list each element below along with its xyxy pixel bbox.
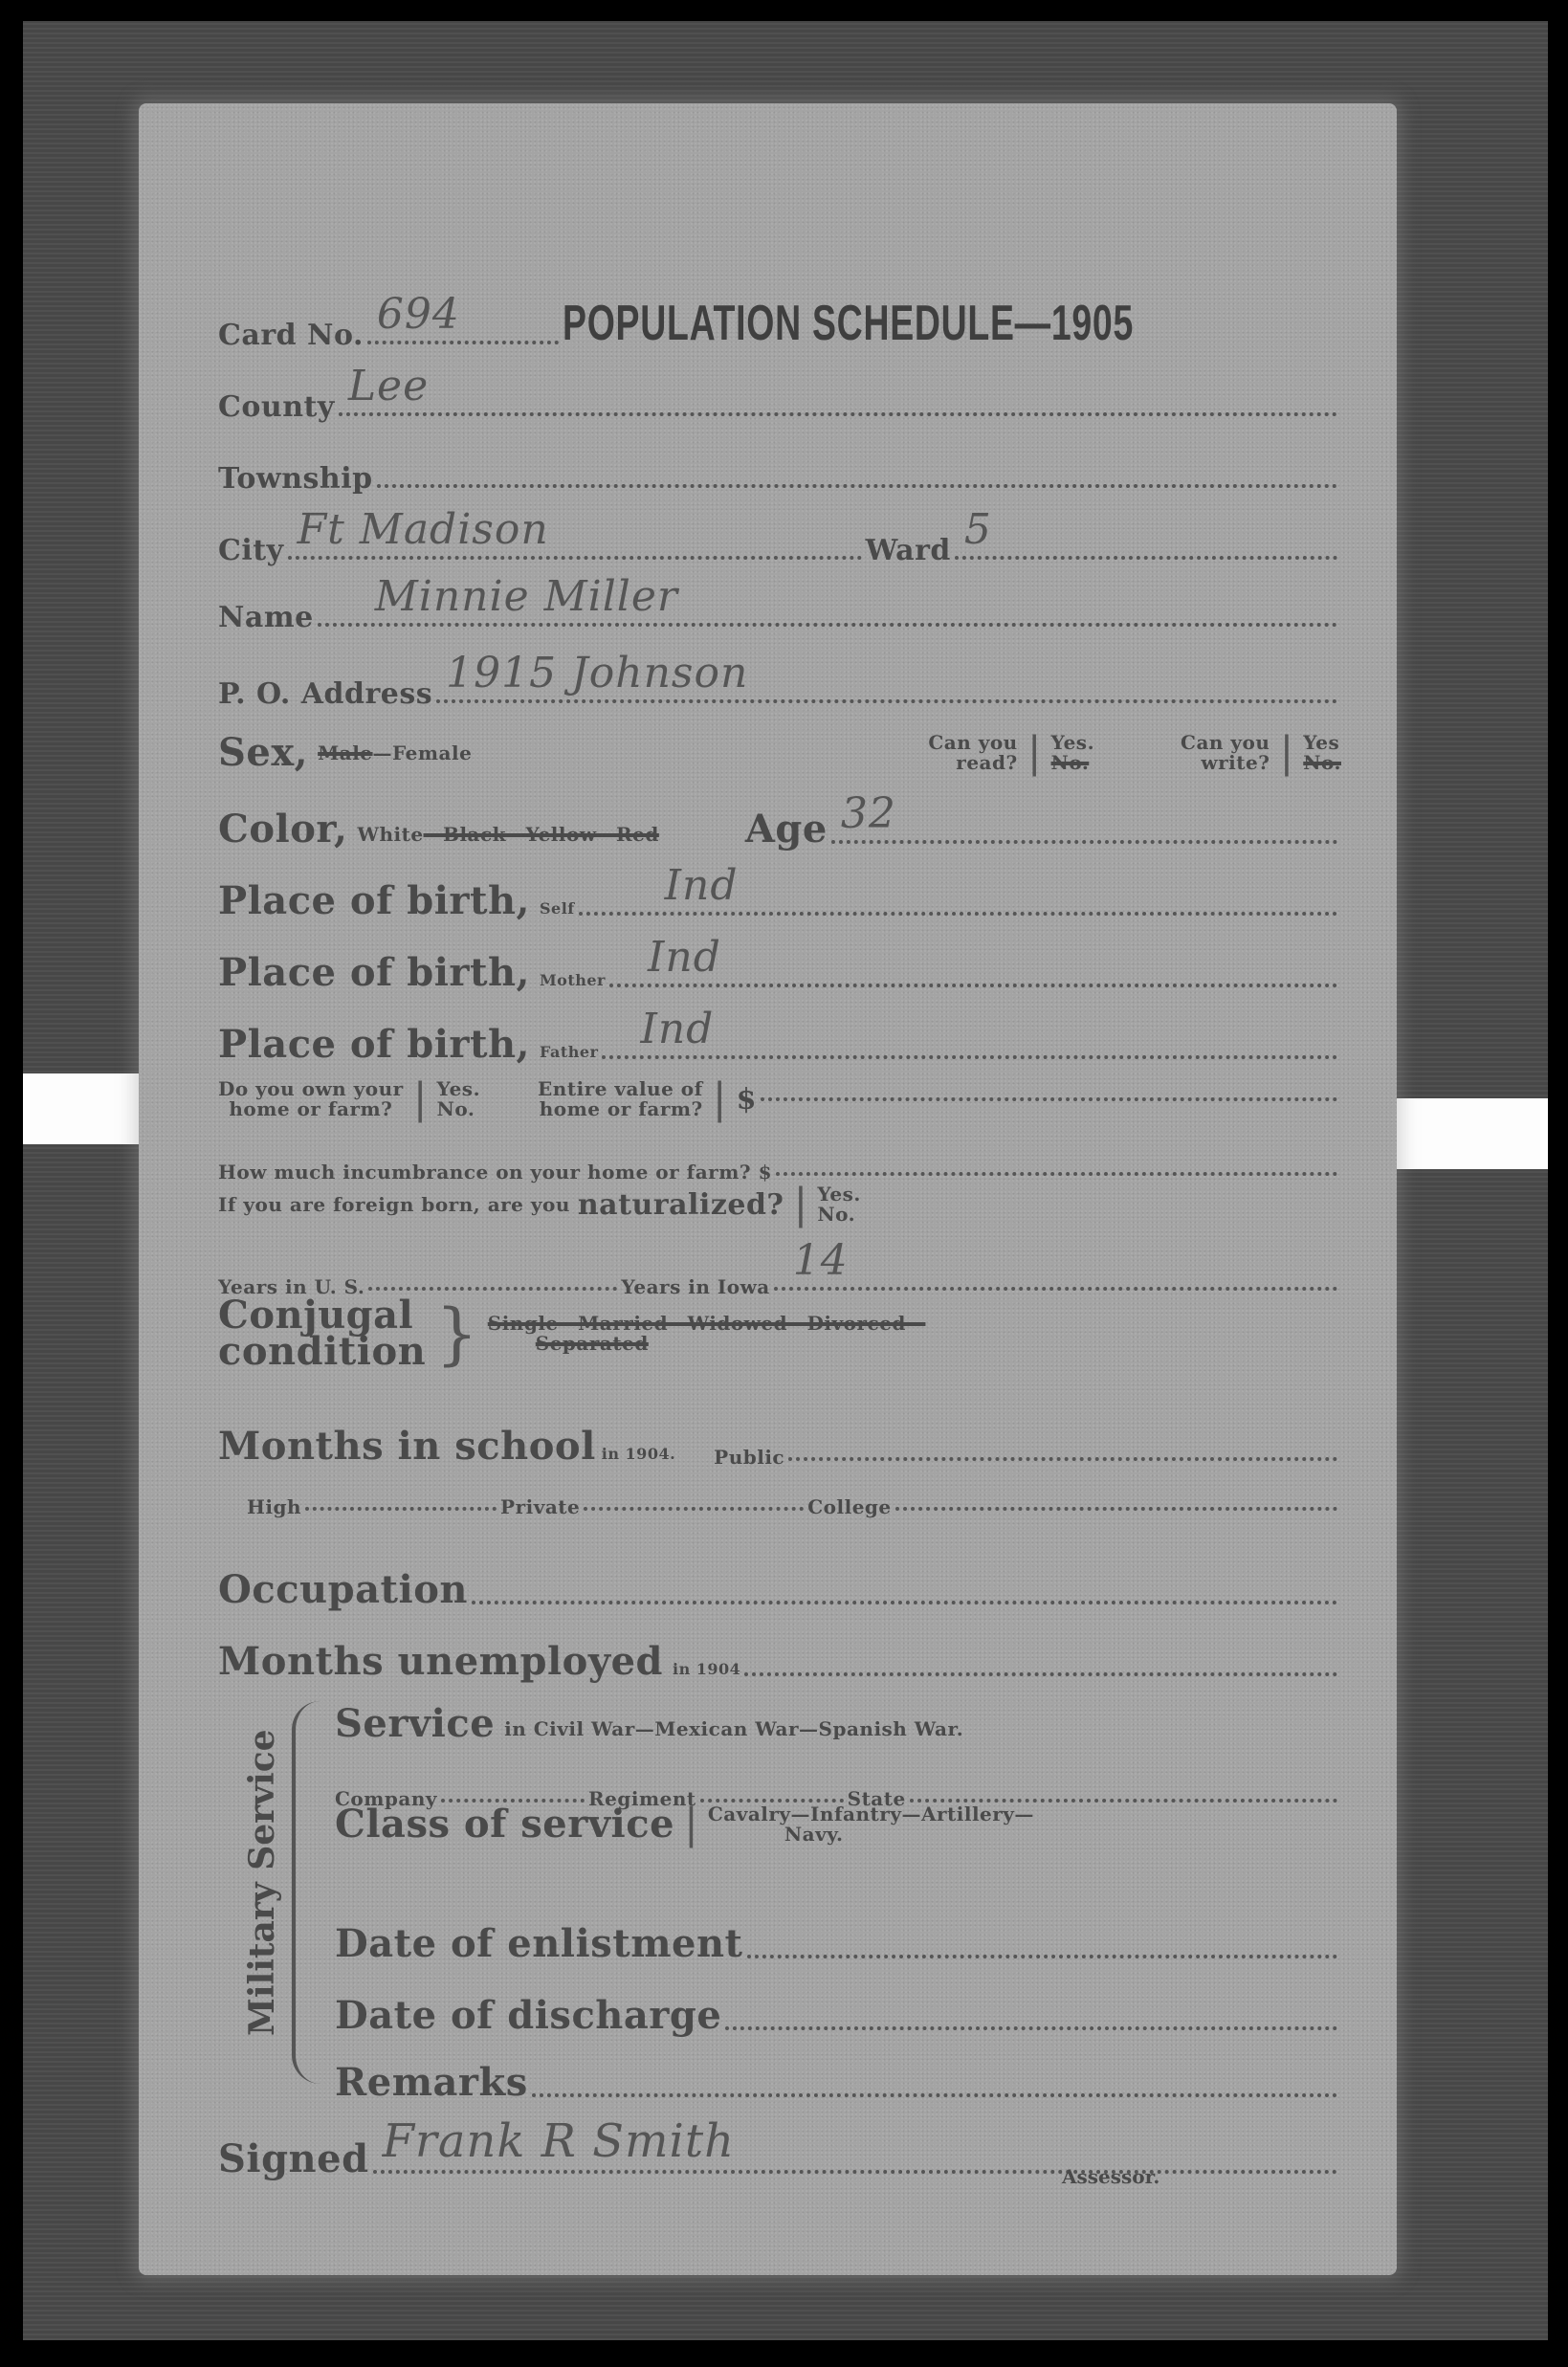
class-options-line1: Cavalry—Infantry—Artillery— <box>708 1804 1034 1825</box>
card-no-value: 694 <box>377 290 460 339</box>
discharge-field <box>725 2026 1337 2030</box>
discharge-row: Date of discharge <box>335 1993 1341 2038</box>
years-iowa-value: 14 <box>793 1236 849 1285</box>
write-no: No. <box>1303 753 1341 773</box>
sex-female-option: —Female <box>373 741 473 764</box>
school-label-small: in 1904. <box>602 1445 675 1463</box>
card-no-label: Card No. <box>218 319 364 352</box>
naturalized-row: If you are foreign born, are you natural… <box>218 1184 1341 1225</box>
service-wars: in Civil War—Mexican War—Spanish War. <box>504 1717 963 1740</box>
home-value-brace: | <box>713 1082 727 1116</box>
school-high-label: High <box>247 1495 301 1518</box>
write-question: Can you write? <box>1181 733 1270 773</box>
school-row: Months in school in 1904. Public <box>218 1424 1341 1469</box>
own-home-row: Do you own your home or farm? | Yes. No.… <box>218 1079 1341 1119</box>
assessor-label: Assessor. <box>1062 2165 1159 2188</box>
occupation-field <box>472 1601 1337 1604</box>
signature-value: Frank R Smith <box>383 2114 735 2168</box>
military-service-vertical-label: Military Service <box>242 1720 290 2046</box>
incumbrance-row: How much incumbrance on your home or far… <box>218 1161 1341 1183</box>
conjugal-label-bottom: condition <box>218 1334 426 1370</box>
naturalized-yes: Yes. <box>817 1184 861 1205</box>
city-label: City <box>218 534 284 567</box>
school-college-label: College <box>807 1495 891 1518</box>
school-levels-row: High Private College <box>247 1495 1341 1518</box>
home-value-field <box>761 1097 1337 1101</box>
census-card: Card No. 694 POPULATION SCHEDULE—1905 Co… <box>139 103 1397 2275</box>
po-address-value: 1915 Johnson <box>446 649 748 697</box>
birth-mother-field: Ind <box>609 984 1337 987</box>
signed-row: Signed Frank R Smith <box>218 2136 1341 2181</box>
military-service-brace <box>292 1701 324 2084</box>
birth-self-value: Ind <box>665 861 739 910</box>
ward-label: Ward <box>866 534 951 567</box>
conjugal-options-line2: Separated <box>536 1334 926 1354</box>
conjugal-brace: } <box>435 1307 478 1360</box>
city-value: Ft Madison <box>298 505 549 554</box>
occupation-label: Occupation <box>218 1567 468 1612</box>
color-label: Color, <box>218 807 347 852</box>
home-value-question: Entire value of home or farm? <box>538 1079 703 1119</box>
school-public-field <box>788 1457 1337 1461</box>
read-yes: Yes. <box>1051 733 1095 753</box>
sex-male-option: Male <box>318 741 372 764</box>
signed-field: Frank R Smith <box>373 2170 1337 2174</box>
read-brace: | <box>1027 736 1042 769</box>
naturalized-no: No. <box>817 1205 861 1225</box>
township-field <box>377 484 1337 488</box>
write-brace: | <box>1279 736 1293 769</box>
name-row: Name Minnie Miller <box>218 601 1341 634</box>
read-question: Can you read? <box>928 733 1017 773</box>
birth-mother-label: Place of birth, <box>218 950 530 995</box>
enlistment-row: Date of enlistment <box>335 1921 1341 1966</box>
years-iowa-label: Years in Iowa <box>621 1275 769 1298</box>
home-value-label-bottom: home or farm? <box>538 1099 703 1119</box>
po-address-label: P. O. Address <box>218 677 432 711</box>
school-private-label: Private <box>500 1495 580 1518</box>
color-age-row: Color, White —Black—Yellow—Red Age 32 <box>218 807 1341 852</box>
sex-read-write-row: Sex, Male —Female Can you read? | Yes. N… <box>218 730 1341 775</box>
unemployed-row: Months unemployed in 1904 <box>218 1639 1341 1684</box>
county-label: County <box>218 390 335 424</box>
own-home-label-top: Do you own your <box>218 1079 404 1099</box>
read-label-top: Can you <box>928 733 1017 753</box>
birth-mother-value: Ind <box>648 933 721 982</box>
page-title: POPULATION SCHEDULE—1905 <box>563 295 1134 352</box>
own-home-label-bottom: home or farm? <box>218 1099 404 1119</box>
county-value: Lee <box>348 362 429 410</box>
school-label-big: Months in school <box>218 1424 596 1469</box>
conjugal-label: Conjugal condition <box>218 1297 426 1370</box>
years-iowa-field: 14 <box>774 1287 1337 1291</box>
own-home-yes: Yes. <box>437 1079 481 1099</box>
remarks-row: Remarks <box>335 2060 1341 2105</box>
sex-label: Sex, <box>218 730 308 775</box>
right-light-strip <box>1392 1098 1548 1169</box>
class-options: Cavalry—Infantry—Artillery— Navy. <box>708 1804 1034 1845</box>
name-label: Name <box>218 601 314 634</box>
remarks-label: Remarks <box>335 2060 528 2105</box>
school-private-field <box>584 1507 804 1511</box>
name-field: Minnie Miller <box>318 623 1337 627</box>
city-ward-row: City Ft Madison Ward 5 <box>218 534 1341 567</box>
own-home-question: Do you own your home or farm? <box>218 1079 404 1119</box>
naturalized-label-big: naturalized? <box>578 1188 784 1222</box>
naturalized-brace: | <box>794 1187 808 1221</box>
unemployed-label-big: Months unemployed <box>218 1639 663 1684</box>
school-high-field <box>305 1507 497 1511</box>
enlistment-field <box>747 1955 1337 1958</box>
birth-father-label: Place of birth, <box>218 1022 530 1067</box>
incumbrance-label: How much incumbrance on your home or far… <box>218 1161 772 1183</box>
birth-father-field: Ind <box>602 1055 1337 1059</box>
read-label-bottom: read? <box>928 753 1017 773</box>
po-address-field: 1915 Johnson <box>436 699 1337 703</box>
class-options-line2: Navy. <box>784 1825 1034 1845</box>
write-yes: Yes <box>1303 733 1341 753</box>
years-us-field <box>368 1287 617 1291</box>
conjugal-options: Single—Married—Widowed—Divorced— Separat… <box>488 1314 926 1354</box>
birth-father-row: Place of birth, Father Ind <box>218 1022 1341 1067</box>
card-number-row: Card No. 694 POPULATION SCHEDULE—1905 <box>218 295 1341 352</box>
write-label-top: Can you <box>1181 733 1270 753</box>
conjugal-options-line1: Single—Married—Widowed—Divorced— <box>488 1314 926 1334</box>
birth-self-sub: Self <box>540 899 575 918</box>
age-value: 32 <box>841 789 896 838</box>
color-struck-options: —Black—Yellow—Red <box>424 823 659 846</box>
birth-mother-row: Place of birth, Mother Ind <box>218 950 1341 995</box>
unemployed-field <box>744 1672 1337 1676</box>
home-value-currency: $ <box>737 1083 757 1117</box>
class-brace: | <box>684 1807 698 1841</box>
city-field: Ft Madison <box>288 556 862 560</box>
own-home-brace: | <box>413 1082 428 1116</box>
township-label: Township <box>218 462 373 496</box>
birth-father-value: Ind <box>640 1005 714 1053</box>
card-no-field: 694 <box>367 341 559 344</box>
age-label: Age <box>745 807 828 852</box>
county-row: County Lee <box>218 390 1341 424</box>
unemployed-label-small: in 1904 <box>673 1660 740 1678</box>
left-light-strip <box>23 1073 149 1144</box>
naturalized-options: Yes. No. <box>817 1184 861 1225</box>
conjugal-row: Conjugal condition } Single—Married—Wido… <box>218 1297 1341 1370</box>
remarks-field <box>532 2093 1337 2097</box>
county-field: Lee <box>339 412 1337 416</box>
ward-field: 5 <box>955 556 1337 560</box>
discharge-label: Date of discharge <box>335 1993 721 2038</box>
birth-mother-sub: Mother <box>540 971 606 989</box>
home-value-label-top: Entire value of <box>538 1079 703 1099</box>
signed-label: Signed <box>218 2136 369 2181</box>
name-value: Minnie Miller <box>375 572 678 621</box>
occupation-row: Occupation <box>218 1567 1341 1612</box>
enlistment-label: Date of enlistment <box>335 1921 743 1966</box>
school-public-label: Public <box>714 1446 784 1469</box>
naturalized-label-pre: If you are foreign born, are you <box>218 1193 570 1216</box>
birth-self-row: Place of birth, Self Ind <box>218 878 1341 923</box>
township-row: Township <box>218 462 1341 496</box>
own-home-no: No. <box>437 1099 481 1119</box>
incumbrance-field <box>776 1172 1337 1176</box>
write-label-bottom: write? <box>1181 753 1270 773</box>
school-college-field <box>895 1507 1337 1511</box>
service-row: Service in Civil War—Mexican War—Spanish… <box>335 1701 1341 1746</box>
birth-father-sub: Father <box>540 1043 598 1061</box>
color-white-option: White <box>357 823 423 846</box>
class-of-service-row: Class of service | Cavalry—Infantry—Arti… <box>335 1802 1341 1847</box>
ward-value: 5 <box>964 505 992 554</box>
birth-self-label: Place of birth, <box>218 878 530 923</box>
class-of-service-label: Class of service <box>335 1802 674 1847</box>
age-field: 32 <box>831 840 1337 844</box>
write-options: Yes No. <box>1303 733 1341 773</box>
po-address-row: P. O. Address 1915 Johnson <box>218 677 1341 711</box>
read-no: No. <box>1051 753 1095 773</box>
birth-self-field: Ind <box>579 912 1337 916</box>
own-home-options: Yes. No. <box>437 1079 481 1119</box>
service-label: Service <box>335 1701 495 1746</box>
read-options: Yes. No. <box>1051 733 1095 773</box>
